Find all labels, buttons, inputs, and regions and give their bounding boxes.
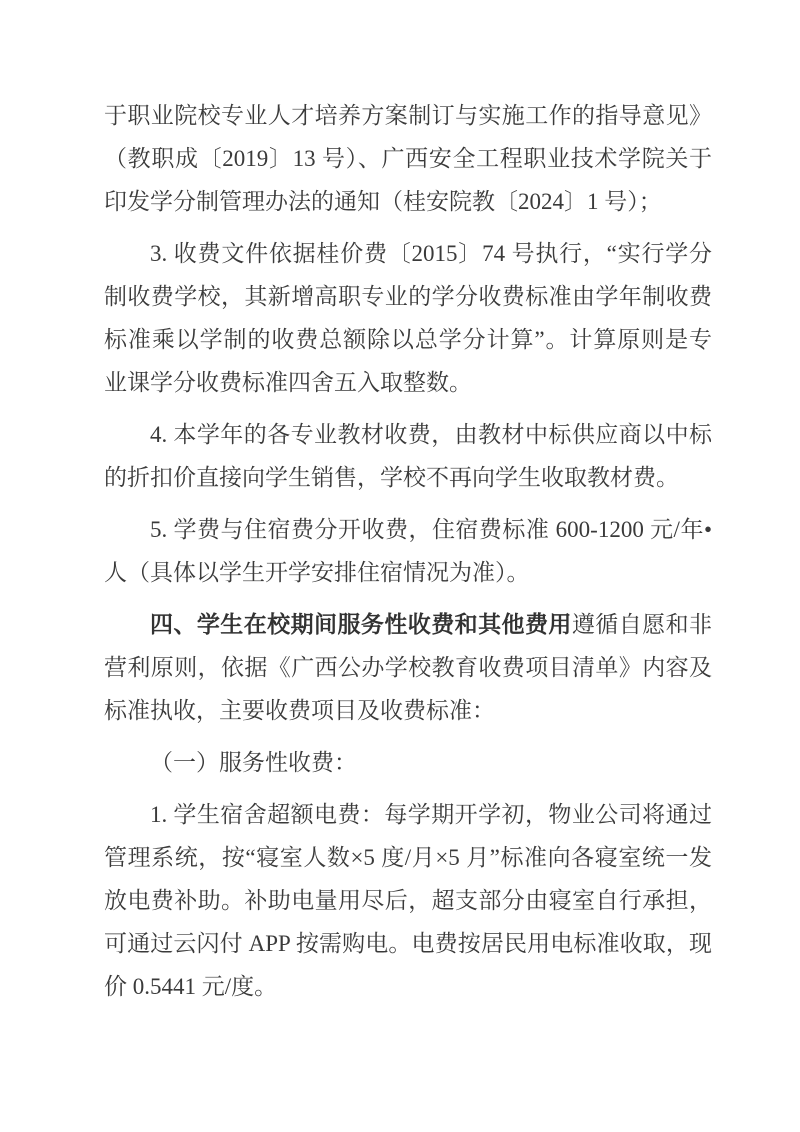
paragraph-item-4-textbook-fees: 4. 本学年的各专业教材收费，由教材中标供应商以中标的折扣价直接向学生销售，学校… — [104, 413, 712, 499]
paragraph-section-four: 四、学生在校期间服务性收费和其他费用遵循自愿和非营利原则，依据《广西公办学校教育… — [104, 603, 712, 732]
paragraph-item-3-fee-documents: 3. 收费文件依据桂价费〔2015〕74 号执行，“实行学分制收费学校，其新增高… — [104, 232, 712, 404]
document-page: 于职业院校专业人才培养方案制订与实施工作的指导意见》（教职成〔2019〕13 号… — [0, 0, 800, 1132]
paragraph-subsection-one-service-fees: （一）服务性收费： — [104, 741, 712, 784]
paragraph-continuation: 于职业院校专业人才培养方案制订与实施工作的指导意见》（教职成〔2019〕13 号… — [104, 94, 712, 223]
paragraph-service-item-1-dorm-electricity: 1. 学生宿舍超额电费：每学期开学初，物业公司将通过管理系统，按“寝室人数×5 … — [104, 793, 712, 1008]
paragraph-item-5-accommodation-fees: 5. 学费与住宿费分开收费，住宿费标准 600-1200 元/年•人（具体以学生… — [104, 508, 712, 594]
section-four-heading: 四、学生在校期间服务性收费和其他费用 — [150, 612, 572, 637]
document-body: 于职业院校专业人才培养方案制订与实施工作的指导意见》（教职成〔2019〕13 号… — [104, 94, 712, 1008]
